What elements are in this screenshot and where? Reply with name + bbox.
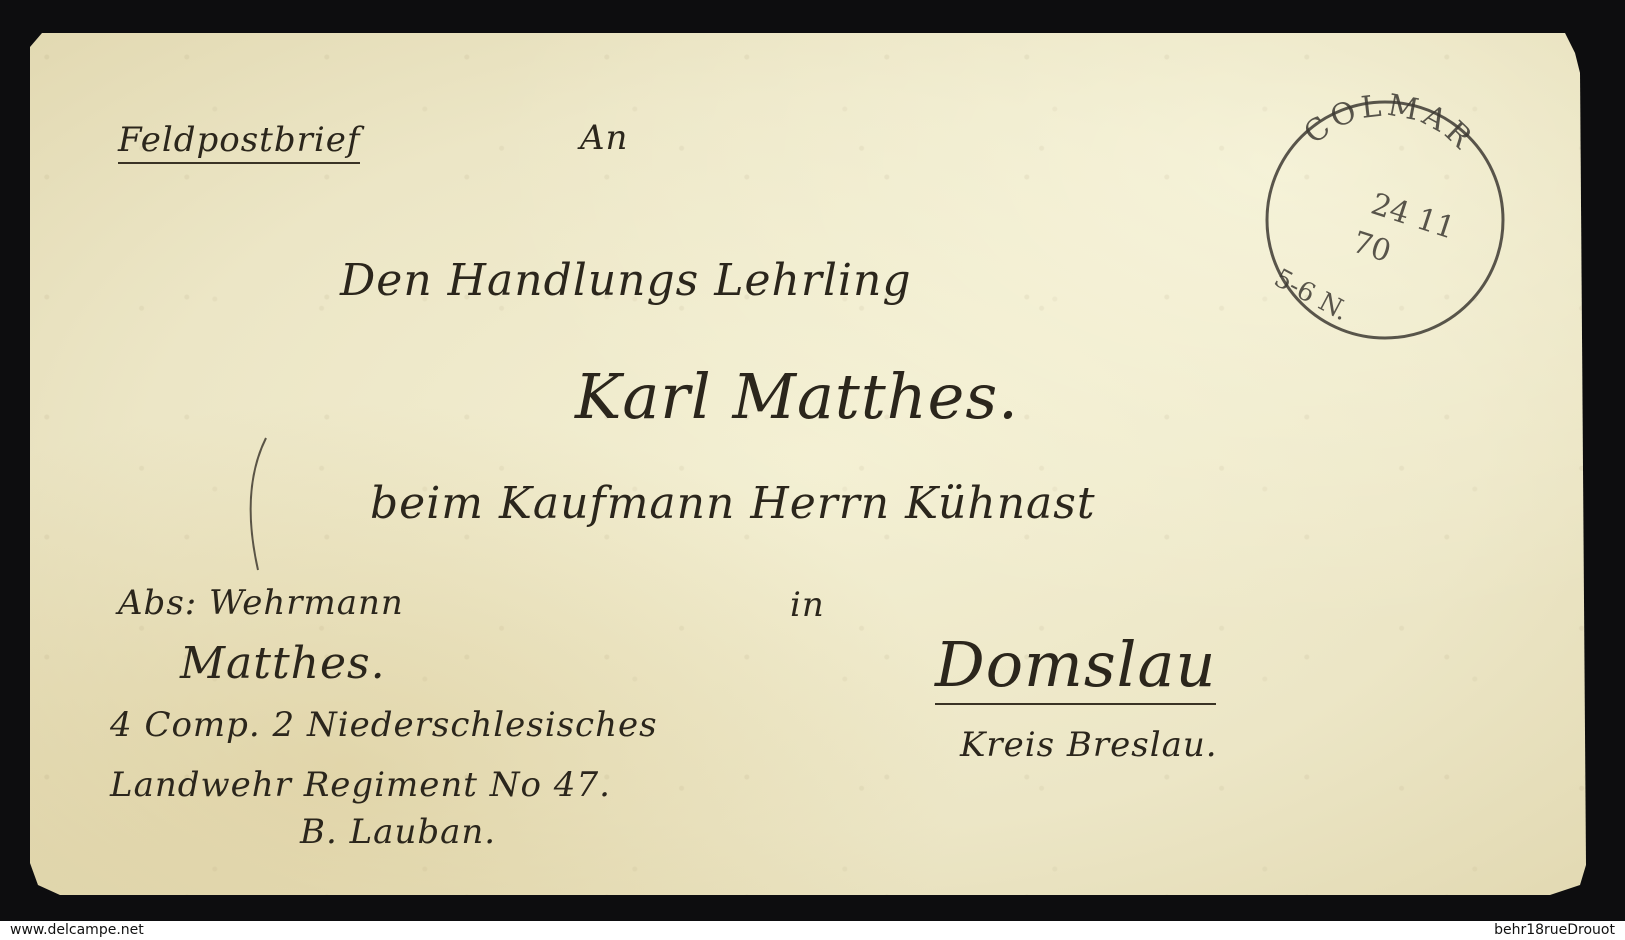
- postmark-year: 70: [1348, 225, 1395, 270]
- address-line-3: beim Kaufmann Herrn Kühnast: [370, 478, 1096, 529]
- sender-name: Matthes.: [180, 638, 386, 689]
- destination-district: Kreis Breslau.: [960, 725, 1218, 765]
- address-line-in: in: [790, 585, 825, 625]
- feldpostbrief-note: Feldpostbrief: [118, 120, 360, 164]
- watermark-left: www.delcampe.net: [10, 921, 144, 940]
- watermark-right: behr18rueDrouot: [1494, 921, 1615, 940]
- sender-regiment: Landwehr Regiment No 47.: [110, 765, 611, 805]
- colmar-postmark: COLMAR 24 11 70 5-6 N.: [1250, 88, 1515, 353]
- recipient-name: Karl Matthes.: [575, 360, 1019, 433]
- sender-unit: 4 Comp. 2 Niederschlesisches: [110, 705, 658, 745]
- address-line-1: Den Handlungs Lehrling: [340, 255, 912, 306]
- pencil-bracket-mark: [240, 430, 280, 580]
- postmark-time: 5-6 N.: [1269, 263, 1353, 327]
- sender-location: B. Lauban.: [300, 812, 496, 852]
- sender-line-1: Abs: Wehrmann: [118, 583, 404, 623]
- salutation: An: [580, 118, 628, 158]
- destination-town: Domslau: [935, 628, 1216, 705]
- envelope-photo: Feldpostbrief An Den Handlungs Lehrling …: [0, 0, 1625, 921]
